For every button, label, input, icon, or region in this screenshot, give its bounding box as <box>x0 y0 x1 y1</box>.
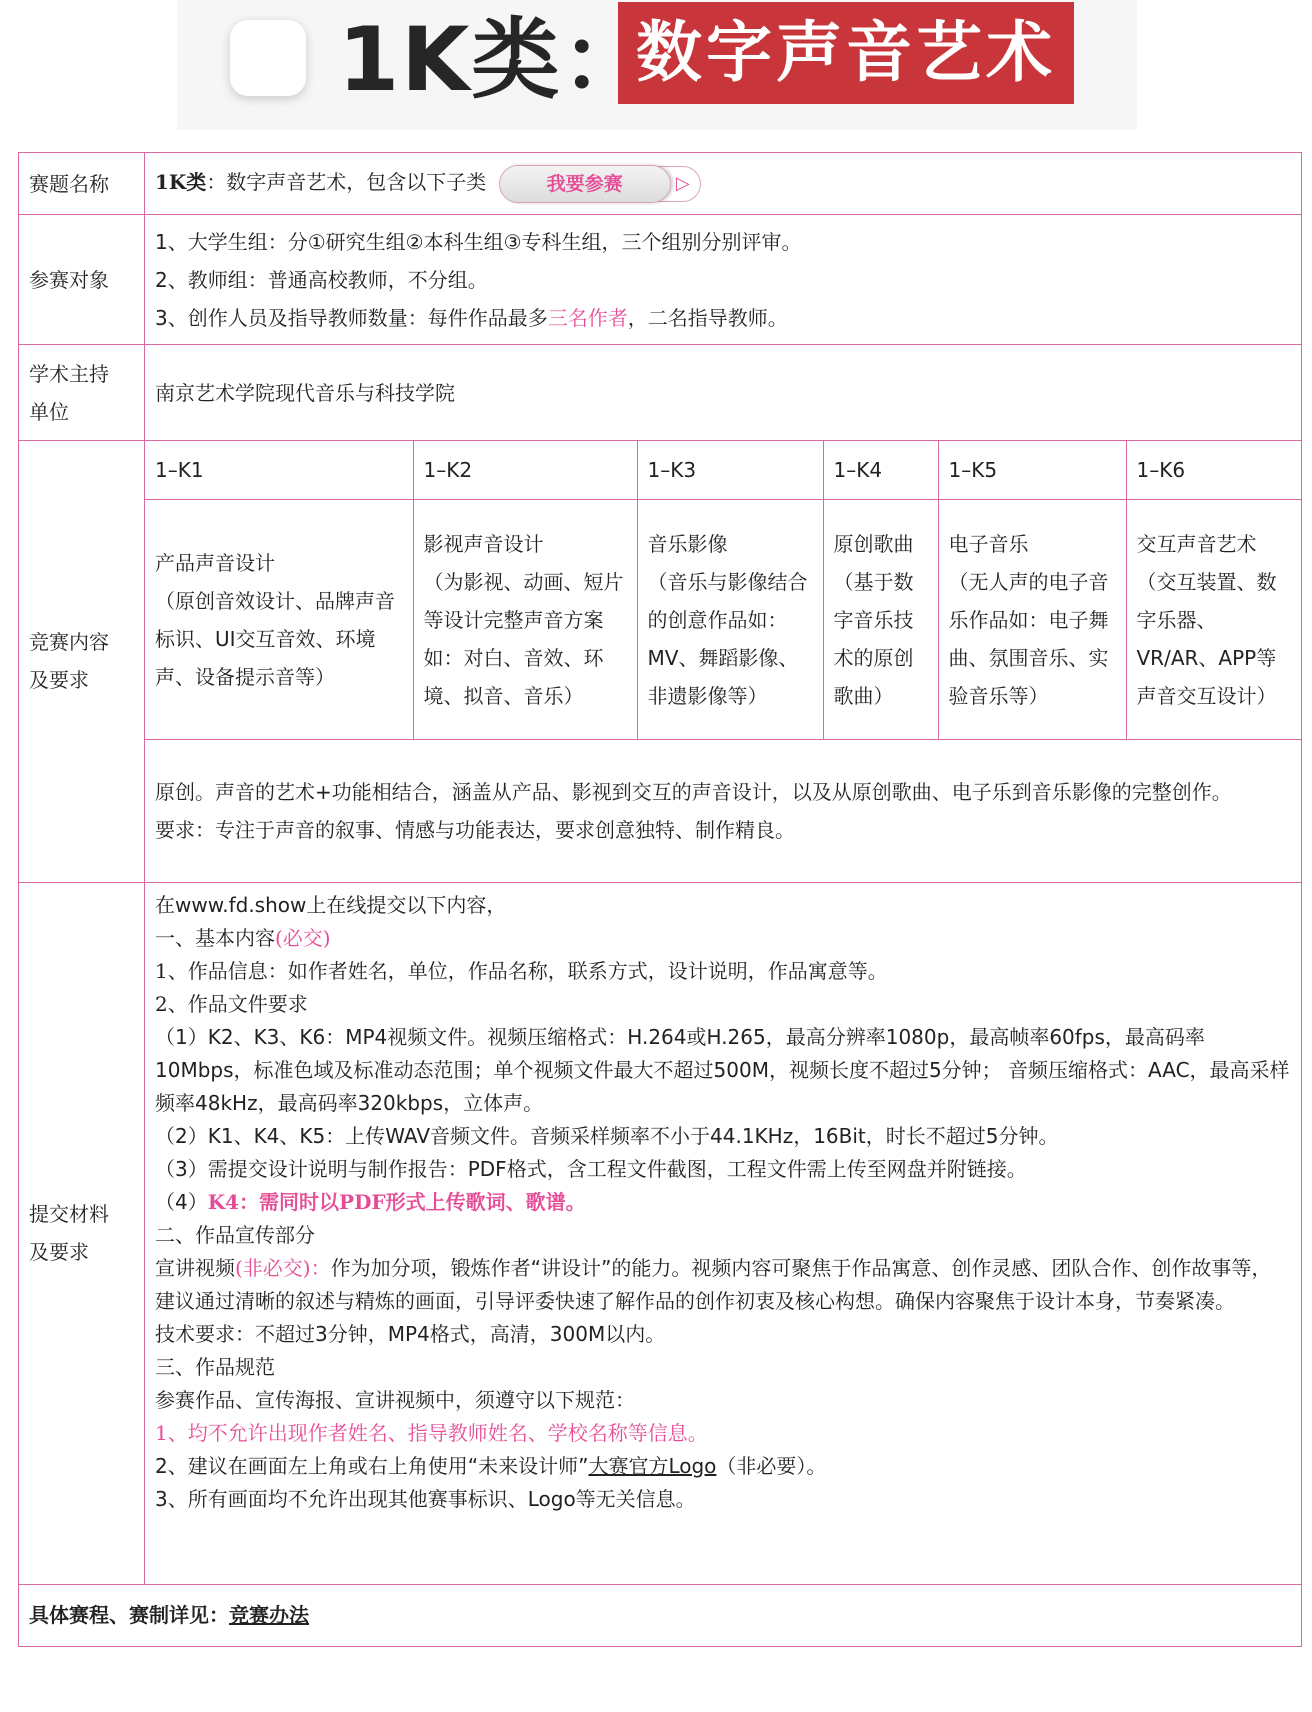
item-work-info: 1、作品信息：如作者姓名，单位，作品名称，联系方式，设计说明，作品寓意等。 <box>155 955 1291 988</box>
label-host-line-2: 单位 <box>29 393 134 431</box>
subcategory-desc: （为影视、动画、短片等设计完整声音方案如：对白、音效、环境、拟音、音乐） <box>424 563 627 715</box>
subcategory-codes-row: 1–K1 1–K2 1–K3 1–K4 1–K5 1–K6 <box>145 441 1301 500</box>
norm-2-end: （非必要）。 <box>716 1454 826 1478</box>
subcategory-desc: （原创音效设计、品牌声音标识、UI交互音效、环境声、设备提示音等） <box>155 582 403 696</box>
norm-2: 2、建议在画面左上角或右上角使用“未来设计师”大赛官方Logo（非必要）。 <box>155 1450 1291 1483</box>
sound-wave-icon <box>243 33 293 83</box>
footer-label: 具体赛程、赛制详见： <box>29 1603 229 1627</box>
category-title-badge: 数字声音艺术 <box>618 2 1074 104</box>
row-content: 竞赛内容 及要求 1–K1 1–K2 1–K3 1–K4 1–K5 1–K6 产… <box>19 441 1302 883</box>
requirement-audio: （2）K1、K4、K5：上传WAV音频文件。音频采样频率不小于44.1KHz，1… <box>155 1120 1291 1153</box>
participants-line-1: 1、大学生组：分①研究生组②本科生组③专科生组，三个组别分别评审。 <box>155 223 1291 261</box>
subcategory-title: 电子音乐 <box>949 525 1116 563</box>
join-competition-button[interactable]: 我要参赛 ▷ <box>499 164 701 204</box>
content-summary-text: 原创。声音的艺术+功能相结合，涵盖从产品、影视到交互的声音设计，以及从原创歌曲、… <box>155 773 1291 811</box>
subcategory-title: 原创歌曲 <box>834 525 928 563</box>
subcategory-desc: （无人声的电子音乐作品如：电子舞曲、氛围音乐、实验音乐等） <box>949 563 1116 715</box>
lyrics-highlight: K4：需同时以PDF形式上传歌词、歌谱。 <box>208 1190 586 1214</box>
promo-tech-requirements: 技术要求：不超过3分钟，MP4格式，高清，300M以内。 <box>155 1318 1291 1351</box>
competition-rules-link[interactable]: 竞赛办法 <box>229 1603 309 1627</box>
label-content-line-2: 及要求 <box>29 661 134 699</box>
footer-cell: 具体赛程、赛制详见：竞赛办法 <box>19 1584 1302 1646</box>
content-requirement-text: 要求：专注于声音的叙事、情感与功能表达，要求创意独特、制作精良。 <box>155 811 1291 849</box>
label-submission-line-2: 及要求 <box>29 1233 134 1271</box>
subcategory-k3: 音乐影像（音乐与影像结合的创意作品如：MV、舞蹈影像、非遗影像等） <box>637 500 823 740</box>
subcategory-k6: 交互声音艺术（交互装置、数字乐器、VR/AR、APP等声音交互设计） <box>1126 500 1301 740</box>
label-content: 竞赛内容 及要求 <box>19 441 145 883</box>
subcategory-code-k2: 1–K2 <box>413 441 637 500</box>
promo-video-paragraph: 宣讲视频(非必交)：作为加分项，锻炼作者“讲设计”的能力。视频内容可聚焦于作品寓… <box>155 1252 1291 1318</box>
row-name: 赛题名称 1K类：数字声音艺术，包含以下子类 我要参赛 ▷ <box>19 153 1302 215</box>
row-submission: 提交材料 及要求 在www.fd.show上在线提交以下内容， 一、基本内容(必… <box>19 882 1302 1584</box>
subcategory-table: 1–K1 1–K2 1–K3 1–K4 1–K5 1–K6 产品声音设计（原创音… <box>145 441 1301 882</box>
category-text: ：数字声音艺术，包含以下子类 <box>206 170 486 194</box>
author-limit-highlight: 三名作者 <box>548 306 628 330</box>
norm-3: 3、所有画面均不允许出现其他赛事标识、Logo等无关信息。 <box>155 1483 1291 1516</box>
category-prefix: 1K类 <box>155 170 206 194</box>
subcategory-code-k4: 1–K4 <box>823 441 938 500</box>
subcategory-code-k1: 1–K1 <box>145 441 413 500</box>
requirement-video: （1）K2、K3、K6：MP4视频文件。视频压缩格式：H.264或H.265，最… <box>155 1021 1291 1120</box>
requirement-lyrics-prefix: （4） <box>155 1190 208 1214</box>
participants-line-3-end: ，二名指导教师。 <box>628 306 788 330</box>
section-norms-title: 三、作品规范 <box>155 1351 1291 1384</box>
label-host-line-1: 学术主持 <box>29 355 134 393</box>
required-tag: (必交) <box>275 926 331 950</box>
label-host: 学术主持 单位 <box>19 345 145 441</box>
label-submission-line-1: 提交材料 <box>29 1195 134 1233</box>
label-submission: 提交材料 及要求 <box>19 882 145 1584</box>
value-participants: 1、大学生组：分①研究生组②本科生组③专科生组，三个组别分别评审。 2、教师组：… <box>145 215 1302 345</box>
requirement-report: （3）需提交设计说明与制作报告：PDF格式，含工程文件截图，工程文件需上传至网盘… <box>155 1153 1291 1186</box>
join-button-label[interactable]: 我要参赛 <box>499 165 671 203</box>
promo-video-label: 宣讲视频 <box>155 1256 235 1280</box>
subcategory-k1: 产品声音设计（原创音效设计、品牌声音标识、UI交互音效、环境声、设备提示音等） <box>145 500 413 740</box>
subcategory-k2: 影视声音设计（为影视、动画、短片等设计完整声音方案如：对白、音效、环境、拟音、音… <box>413 500 637 740</box>
value-content: 1–K1 1–K2 1–K3 1–K4 1–K5 1–K6 产品声音设计（原创音… <box>145 441 1302 883</box>
participants-line-3-text: 3、创作人员及指导教师数量：每件作品最多 <box>155 306 548 330</box>
section-basic-title: 一、基本内容 <box>155 926 275 950</box>
norm-1-highlight: 均不允许出现作者姓名、指导教师姓名、学校名称等信息。 <box>188 1421 708 1445</box>
subcategory-title: 交互声音艺术 <box>1137 525 1292 563</box>
subcategory-title: 音乐影像 <box>648 525 813 563</box>
label-content-line-1: 竞赛内容 <box>29 623 134 661</box>
item-file-requirements: 2、作品文件要求 <box>155 988 1291 1021</box>
section-promotion-title: 二、作品宣传部分 <box>155 1219 1291 1252</box>
value-host: 南京艺术学院现代音乐与科技学院 <box>145 345 1302 441</box>
optional-tag: (非必交)： <box>235 1256 331 1280</box>
norm-2-text: 2、建议在画面左上角或右上角使用“未来设计师” <box>155 1454 588 1478</box>
section-basic-content: 一、基本内容(必交) <box>155 922 1291 955</box>
label-participants: 参赛对象 <box>19 215 145 345</box>
value-submission: 在www.fd.show上在线提交以下内容， 一、基本内容(必交) 1、作品信息… <box>145 882 1302 1584</box>
subcategory-code-k5: 1–K5 <box>938 441 1126 500</box>
content-summary-row: 原创。声音的艺术+功能相结合，涵盖从产品、影视到交互的声音设计，以及从原创歌曲、… <box>145 740 1301 882</box>
submission-intro: 在www.fd.show上在线提交以下内容， <box>155 889 1291 922</box>
subcategory-desc: （音乐与影像结合的创意作品如：MV、舞蹈影像、非遗影像等） <box>648 563 813 715</box>
norm-1-prefix: 1、 <box>155 1421 188 1445</box>
subcategory-code-k6: 1–K6 <box>1126 441 1301 500</box>
app-logo <box>230 20 306 96</box>
participants-line-3: 3、创作人员及指导教师数量：每件作品最多三名作者，二名指导教师。 <box>155 299 1291 337</box>
requirement-lyrics: （4）K4：需同时以PDF形式上传歌词、歌谱。 <box>155 1186 1291 1219</box>
subcategory-k4: 原创歌曲（基于数字音乐技术的原创歌曲） <box>823 500 938 740</box>
participants-line-2: 2、教师组：普通高校教师，不分组。 <box>155 261 1291 299</box>
label-name: 赛题名称 <box>19 153 145 215</box>
subcategory-title: 产品声音设计 <box>155 544 403 582</box>
row-host: 学术主持 单位 南京艺术学院现代音乐与科技学院 <box>19 345 1302 441</box>
row-footer: 具体赛程、赛制详见：竞赛办法 <box>19 1584 1302 1646</box>
official-logo-link[interactable]: 大赛官方Logo <box>588 1454 716 1478</box>
competition-info-table: 赛题名称 1K类：数字声音艺术，包含以下子类 我要参赛 ▷ 参赛对象 1、大学生… <box>18 152 1302 1647</box>
value-name: 1K类：数字声音艺术，包含以下子类 我要参赛 ▷ <box>145 153 1302 215</box>
subcategory-k5: 电子音乐（无人声的电子音乐作品如：电子舞曲、氛围音乐、实验音乐等） <box>938 500 1126 740</box>
subcategory-desc: （基于数字音乐技术的原创歌曲） <box>834 563 928 715</box>
norm-1: 1、均不允许出现作者姓名、指导教师姓名、学校名称等信息。 <box>155 1417 1291 1450</box>
row-participants: 参赛对象 1、大学生组：分①研究生组②本科生组③专科生组，三个组别分别评审。 2… <box>19 215 1302 345</box>
subcategory-desc: （交互装置、数字乐器、VR/AR、APP等声音交互设计） <box>1137 563 1292 715</box>
norms-intro: 参赛作品、宣传海报、宣讲视频中，须遵守以下规范： <box>155 1384 1291 1417</box>
subcategory-code-k3: 1–K3 <box>637 441 823 500</box>
subcategory-title: 影视声音设计 <box>424 525 627 563</box>
category-code: 1K类： <box>338 5 651 115</box>
subcategory-desc-row: 产品声音设计（原创音效设计、品牌声音标识、UI交互音效、环境声、设备提示音等） … <box>145 500 1301 740</box>
content-summary: 原创。声音的艺术+功能相结合，涵盖从产品、影视到交互的声音设计，以及从原创歌曲、… <box>145 740 1301 882</box>
